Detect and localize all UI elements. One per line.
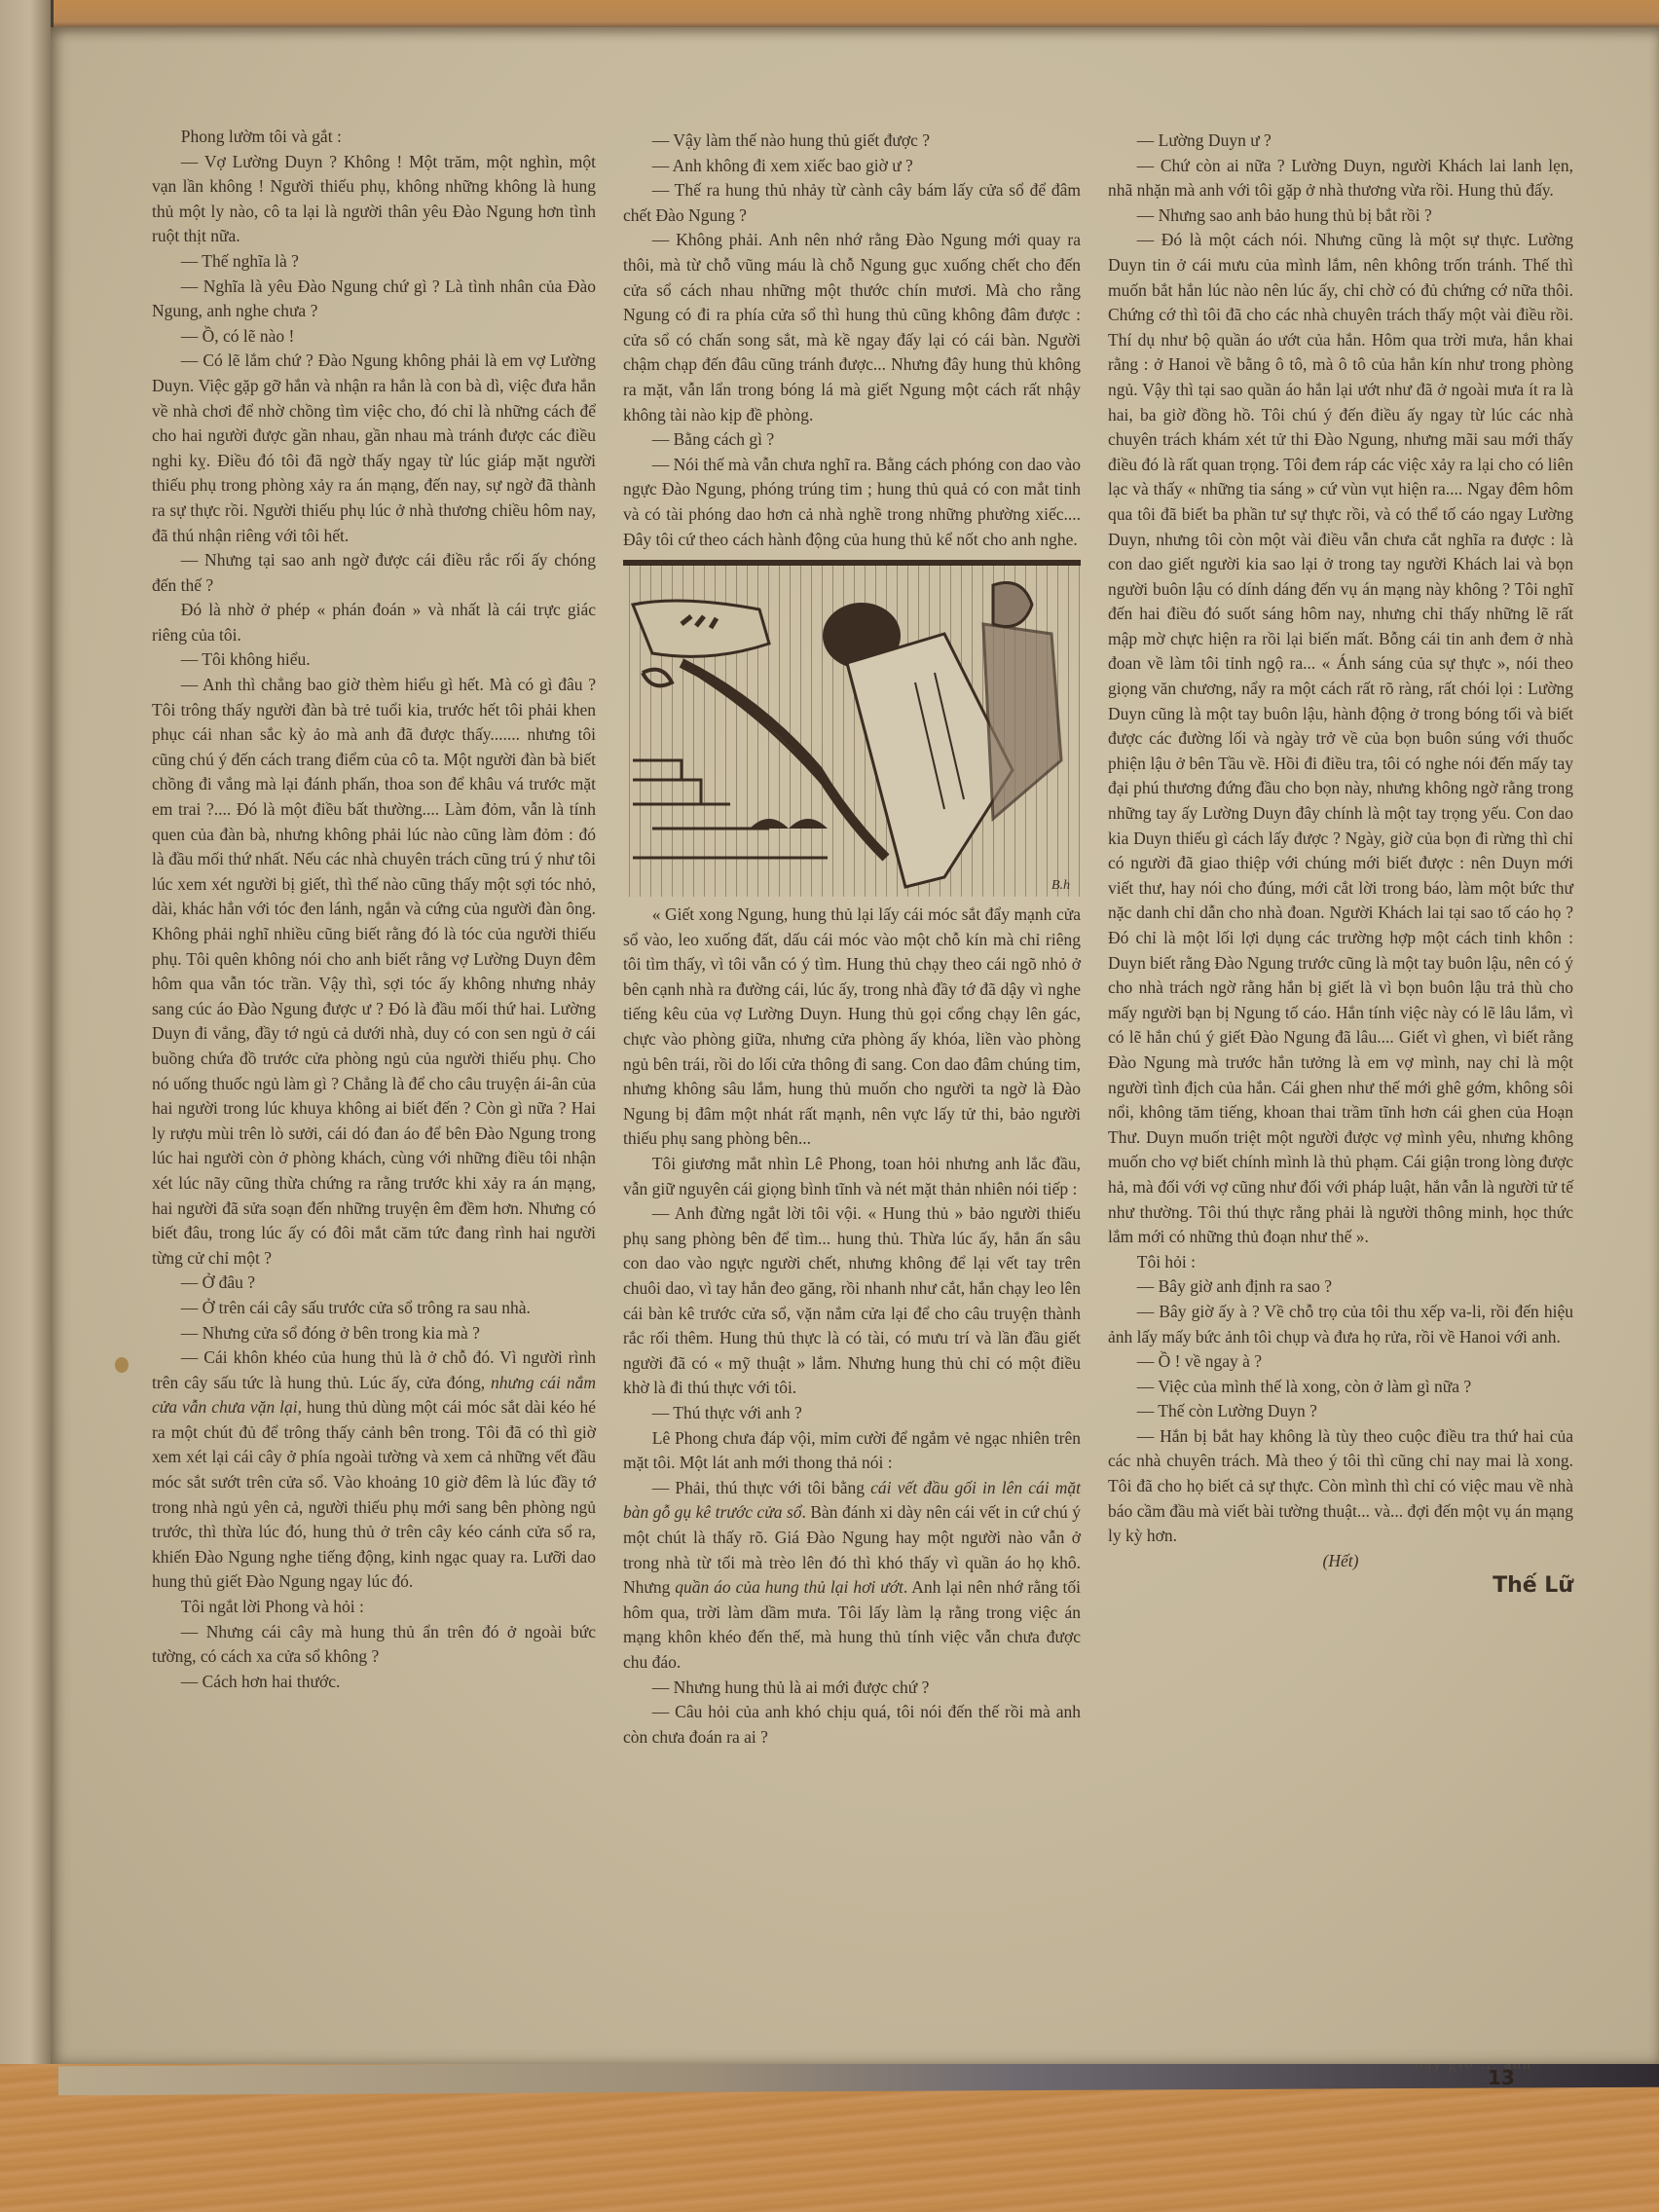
paragraph: — Ở đâu ? xyxy=(152,1271,596,1296)
emphasis-text: quần áo của hung thủ lại hơi ướt xyxy=(675,1577,903,1597)
left-page-edge xyxy=(0,0,54,2064)
page-stain xyxy=(115,1357,129,1373)
paragraph: — Hắn bị bắt hay không là tùy theo cuộc … xyxy=(1108,1424,1573,1549)
paragraph: — Anh đừng ngắt lời tôi vội. « Hung thủ … xyxy=(623,1201,1081,1401)
paragraph: — Nghĩa là yêu Đào Ngung chứ gì ? Là tìn… xyxy=(152,275,596,324)
column-left: Phong lườm tôi và gắt :— Vợ Lường Duyn ?… xyxy=(152,125,596,1694)
paragraph: — Cách hơn hai thước. xyxy=(152,1670,596,1695)
paragraph: — Nhưng sao anh bảo hung thủ bị bắt rồi … xyxy=(1108,203,1573,229)
paragraph: — Anh không đi xem xiếc bao giờ ư ? xyxy=(623,154,1081,179)
column-middle: — Vậy làm thế nào hung thủ giết được ?— … xyxy=(623,129,1081,1750)
paragraph: — Nói thế mà vẫn chưa nghĩ ra. Bằng cách… xyxy=(623,453,1081,552)
paragraph: — Thế còn Lường Duyn ? xyxy=(1108,1399,1573,1424)
paragraph: — Nhưng cái cây mà hung thủ ẩn trên đó ở… xyxy=(152,1620,596,1670)
paragraph: — Bằng cách gì ? xyxy=(623,427,1081,453)
author-signature: Thế Lữ xyxy=(1108,1573,1573,1599)
paragraph: — Ở trên cái cây sấu trước cửa sổ trông … xyxy=(152,1296,596,1321)
end-mark: (Hết) xyxy=(1108,1549,1573,1574)
paragraph: Lê Phong chưa đáp vội, mỉm cười để ngắm … xyxy=(623,1426,1081,1476)
paragraph: — Ồ, có lẽ nào ! xyxy=(152,324,596,350)
paragraph: — Nhưng hung thủ là ai mới được chứ ? xyxy=(623,1676,1081,1701)
paragraph: Tôi giương mắt nhìn Lê Phong, toan hỏi n… xyxy=(623,1152,1081,1201)
paragraph: — Bây giờ anh định ra sao ? xyxy=(1108,1274,1573,1300)
column-right-text: — Lường Duyn ư ?— Chứ còn ai nữa ? Lường… xyxy=(1108,129,1573,1549)
paragraph: « Giết xong Ngung, hung thủ lại lấy cái … xyxy=(623,903,1081,1152)
paragraph: — Lường Duyn ư ? xyxy=(1108,129,1573,154)
paragraph: — Cái khôn khéo của hung thủ là ở chỗ đó… xyxy=(152,1346,596,1595)
paragraph: — Có lẽ lắm chứ ? Đào Ngung không phải l… xyxy=(152,349,596,548)
paragraph: — Thế ra hung thủ nhảy từ cành cây bám l… xyxy=(623,178,1081,228)
paragraph: — Thú thực với anh ? xyxy=(623,1401,1081,1426)
paragraph: — Nhưng cửa sổ đóng ở bên trong kia mà ? xyxy=(152,1321,596,1346)
svg-text:B.h: B.h xyxy=(1051,878,1070,893)
paragraph: Đó là nhờ ở phép « phán đoán » và nhất l… xyxy=(152,598,596,647)
paragraph: — Vậy làm thế nào hung thủ giết được ? xyxy=(623,129,1081,154)
emphasis-text: nhưng cái nắm cửa vẫn chưa vặn lại xyxy=(152,1373,596,1418)
illustration-drawing-icon: B.h xyxy=(623,566,1081,897)
paragraph: — Phải, thú thực với tôi bằng cái vết đầ… xyxy=(623,1476,1081,1676)
paragraph: — Không phải. Anh nên nhớ rằng Đào Ngung… xyxy=(623,228,1081,427)
column-middle-bottom-text: « Giết xong Ngung, hung thủ lại lấy cái … xyxy=(623,903,1081,1750)
paragraph: — Bây giờ ấy à ? Về chỗ trọ của tôi thu … xyxy=(1108,1300,1573,1349)
paragraph: Tôi ngắt lời Phong và hỏi : xyxy=(152,1595,596,1620)
paragraph: — Chứ còn ai nữa ? Lường Duyn, người Khá… xyxy=(1108,154,1573,203)
column-middle-top-text: — Vậy làm thế nào hung thủ giết được ?— … xyxy=(623,129,1081,552)
paragraph: — Nhưng tại sao anh ngờ được cái điều rắ… xyxy=(152,548,596,598)
story-illustration: B.h xyxy=(623,560,1081,897)
emphasis-text: cái vết đầu gối in lên cái mặt bàn gỗ gụ… xyxy=(623,1478,1081,1523)
paragraph: — Vợ Lường Duyn ? Không ! Một trăm, một … xyxy=(152,150,596,249)
paragraph: Tôi hỏi : xyxy=(1108,1250,1573,1275)
paragraph: — Câu hỏi của anh khó chịu quá, tôi nói … xyxy=(623,1700,1081,1750)
column-right: — Lường Duyn ư ?— Chứ còn ai nữa ? Lường… xyxy=(1108,129,1573,1599)
paragraph: — Việc của mình thế là xong, còn ở làm g… xyxy=(1108,1375,1573,1400)
paragraph: — Ồ ! về ngay à ? xyxy=(1108,1349,1573,1375)
paragraph: — Tôi không hiểu. xyxy=(152,647,596,673)
page-number: 13 xyxy=(1488,2066,1515,2089)
paragraph: — Thế nghĩa là ? xyxy=(152,249,596,275)
paragraph: — Đó là một cách nói. Nhưng cũng là một … xyxy=(1108,228,1573,1249)
paragraph: — Anh thì chẳng bao giờ thèm hiểu gì hết… xyxy=(152,673,596,1271)
paragraph: Phong lườm tôi và gắt : xyxy=(152,125,596,150)
